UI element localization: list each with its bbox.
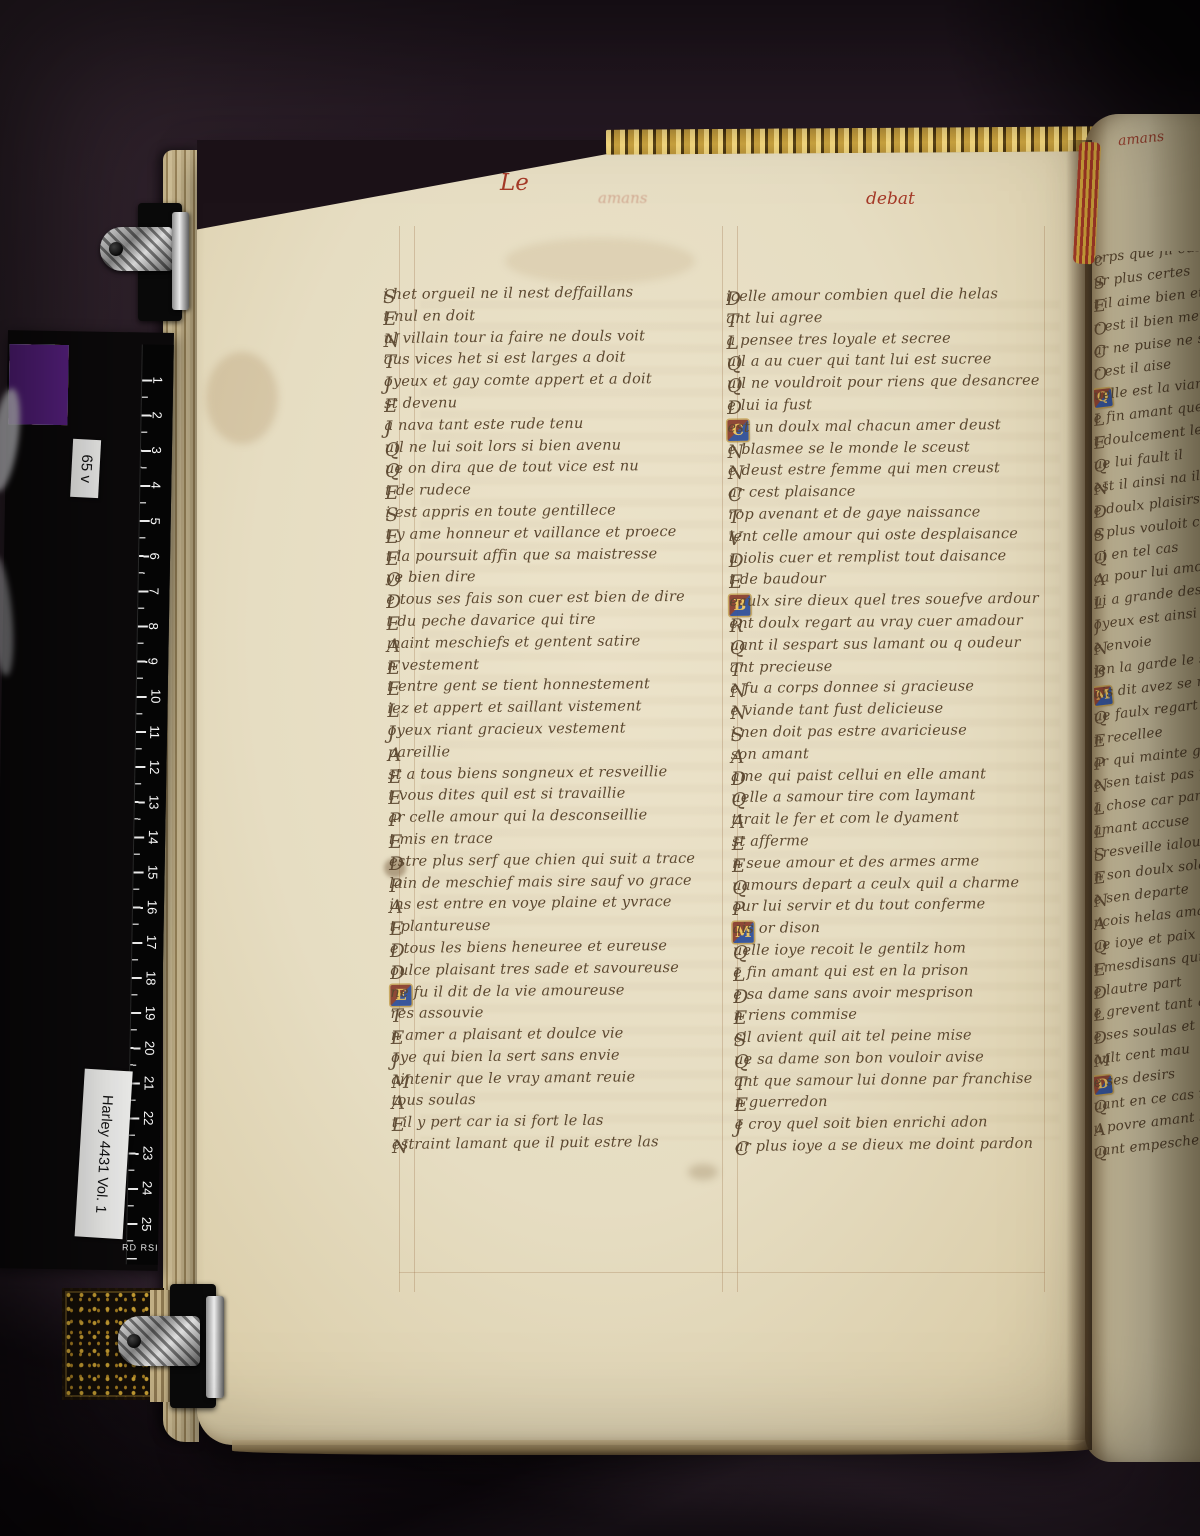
photo-vignette xyxy=(0,0,1200,1536)
photo-stage: Le amans debat amans Si het orgueil ne i… xyxy=(0,0,1200,1536)
